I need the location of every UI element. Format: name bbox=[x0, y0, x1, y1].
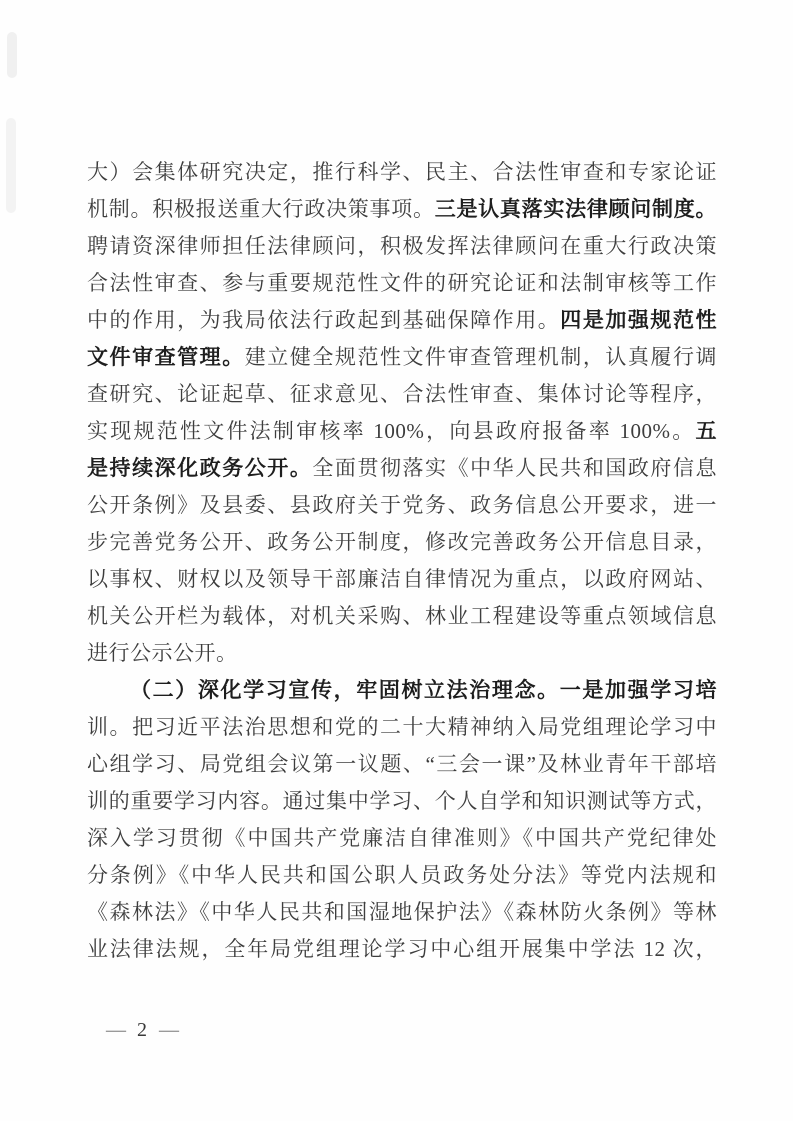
text-segment: 训。把习近平法治思想和党的二十大精神纳入局党组理论学习中 bbox=[87, 715, 717, 739]
text-segment: 实现规范性文件法制审核率 100%，向县政府报备率 100%。 bbox=[87, 419, 696, 443]
page-number-value: 2 bbox=[137, 1016, 147, 1044]
bold-text-segment: 五 bbox=[696, 419, 718, 443]
page-number-dash-left: — bbox=[106, 1016, 125, 1044]
text-line: 分条例》《中华人民共和国公职人员政务处分法》等党内法规和 bbox=[87, 857, 717, 894]
bold-text-segment: 四是加强规范性 bbox=[560, 308, 717, 332]
text-segment: 合法性审查、参与重要规范性文件的研究论证和法制审核等工作 bbox=[87, 271, 717, 295]
text-line: 公开条例》及县委、县政府关于党务、政务信息公开要求，进一 bbox=[87, 487, 717, 524]
text-segment: 业法律法规，全年局党组理论学习中心组开展集中学法 12 次， bbox=[87, 937, 717, 961]
text-line: 进行公示公开。 bbox=[87, 635, 717, 672]
text-line: 深入学习贯彻《中国共产党廉洁自律准则》《中国共产党纪律处 bbox=[87, 820, 717, 857]
text-line: 心组学习、局党组会议第一议题、“三会一课”及林业青年干部培 bbox=[87, 746, 717, 783]
text-segment: 建立健全规范性文件审查管理机制，认真履行调 bbox=[245, 345, 717, 369]
text-segment: 训的重要学习内容。通过集中学习、个人自学和知识测试等方式， bbox=[87, 789, 717, 813]
text-segment: 心组学习、局党组会议第一议题、“三会一课”及林业青年干部培 bbox=[87, 752, 717, 776]
text-line: 聘请资深律师担任法律顾问，积极发挥法律顾问在重大行政决策 bbox=[87, 228, 717, 265]
text-segment: 机关公开栏为载体，对机关采购、林业工程建设等重点领域信息 bbox=[87, 604, 717, 628]
text-line: 《森林法》《中华人民共和国湿地保护法》《森林防火条例》等林 bbox=[87, 894, 717, 931]
scan-artifact bbox=[6, 118, 16, 213]
text-line: 训。把习近平法治思想和党的二十大精神纳入局党组理论学习中 bbox=[87, 709, 717, 746]
document-page: 大）会集体研究决定，推行科学、民主、合法性审查和专家论证机制。积极报送重大行政决… bbox=[0, 0, 793, 1121]
bold-text-segment: 文件审查管理。 bbox=[87, 345, 245, 369]
text-line: 以事权、财权以及领导干部廉洁自律情况为重点，以政府网站、 bbox=[87, 561, 717, 598]
text-segment: 步完善党务公开、政务公开制度，修改完善政务公开信息目录， bbox=[87, 530, 717, 554]
text-line: 步完善党务公开、政务公开制度，修改完善政务公开信息目录， bbox=[87, 524, 717, 561]
text-line: 是持续深化政务公开。全面贯彻落实《中华人民共和国政府信息 bbox=[87, 450, 717, 487]
text-segment: 聘请资深律师担任法律顾问，积极发挥法律顾问在重大行政决策 bbox=[87, 234, 717, 258]
text-segment: 机制。积极报送重大行政决策事项。 bbox=[87, 197, 435, 221]
text-segment: 中的作用，为我局依法行政起到基础保障作用。 bbox=[87, 308, 560, 332]
text-line: 训的重要学习内容。通过集中学习、个人自学和知识测试等方式， bbox=[87, 783, 717, 820]
text-line: 中的作用，为我局依法行政起到基础保障作用。四是加强规范性 bbox=[87, 302, 717, 339]
text-line: 文件审查管理。建立健全规范性文件审查管理机制，认真履行调 bbox=[87, 339, 717, 376]
text-segment: 查研究、论证起草、征求意见、合法性审查、集体讨论等程序， bbox=[87, 382, 717, 406]
scan-artifact bbox=[7, 32, 17, 78]
text-segment: 进行公示公开。 bbox=[87, 641, 238, 665]
text-line: 实现规范性文件法制审核率 100%，向县政府报备率 100%。五 bbox=[87, 413, 717, 450]
bold-text-segment: 是持续深化政务公开。 bbox=[87, 456, 312, 480]
text-segment: 大）会集体研究决定，推行科学、民主、合法性审查和专家论证 bbox=[87, 160, 717, 184]
bold-text-segment: （二）深化学习宣传，牢固树立法治理念。一是加强学习培 bbox=[130, 678, 717, 702]
text-line: 业法律法规，全年局党组理论学习中心组开展集中学法 12 次， bbox=[87, 931, 717, 968]
text-line: （二）深化学习宣传，牢固树立法治理念。一是加强学习培 bbox=[87, 672, 717, 709]
document-text-block: 大）会集体研究决定，推行科学、民主、合法性审查和专家论证机制。积极报送重大行政决… bbox=[87, 154, 717, 968]
text-segment: 以事权、财权以及领导干部廉洁自律情况为重点，以政府网站、 bbox=[87, 567, 717, 591]
text-segment: 深入学习贯彻《中国共产党廉洁自律准则》《中国共产党纪律处 bbox=[87, 826, 717, 850]
page-number-dash-right: — bbox=[159, 1016, 178, 1044]
page-number: — 2 — bbox=[106, 1016, 178, 1044]
text-segment: 分条例》《中华人民共和国公职人员政务处分法》等党内法规和 bbox=[87, 863, 717, 887]
text-line: 合法性审查、参与重要规范性文件的研究论证和法制审核等工作 bbox=[87, 265, 717, 302]
text-segment: 公开条例》及县委、县政府关于党务、政务信息公开要求，进一 bbox=[87, 493, 717, 517]
bold-text-segment: 三是认真落实法律顾问制度。 bbox=[435, 197, 717, 221]
text-segment: 《森林法》《中华人民共和国湿地保护法》《森林防火条例》等林 bbox=[87, 900, 717, 924]
text-line: 机制。积极报送重大行政决策事项。三是认真落实法律顾问制度。 bbox=[87, 191, 717, 228]
text-line: 大）会集体研究决定，推行科学、民主、合法性审查和专家论证 bbox=[87, 154, 717, 191]
text-segment: 全面贯彻落实《中华人民共和国政府信息 bbox=[312, 456, 717, 480]
text-line: 机关公开栏为载体，对机关采购、林业工程建设等重点领域信息 bbox=[87, 598, 717, 635]
text-line: 查研究、论证起草、征求意见、合法性审查、集体讨论等程序， bbox=[87, 376, 717, 413]
